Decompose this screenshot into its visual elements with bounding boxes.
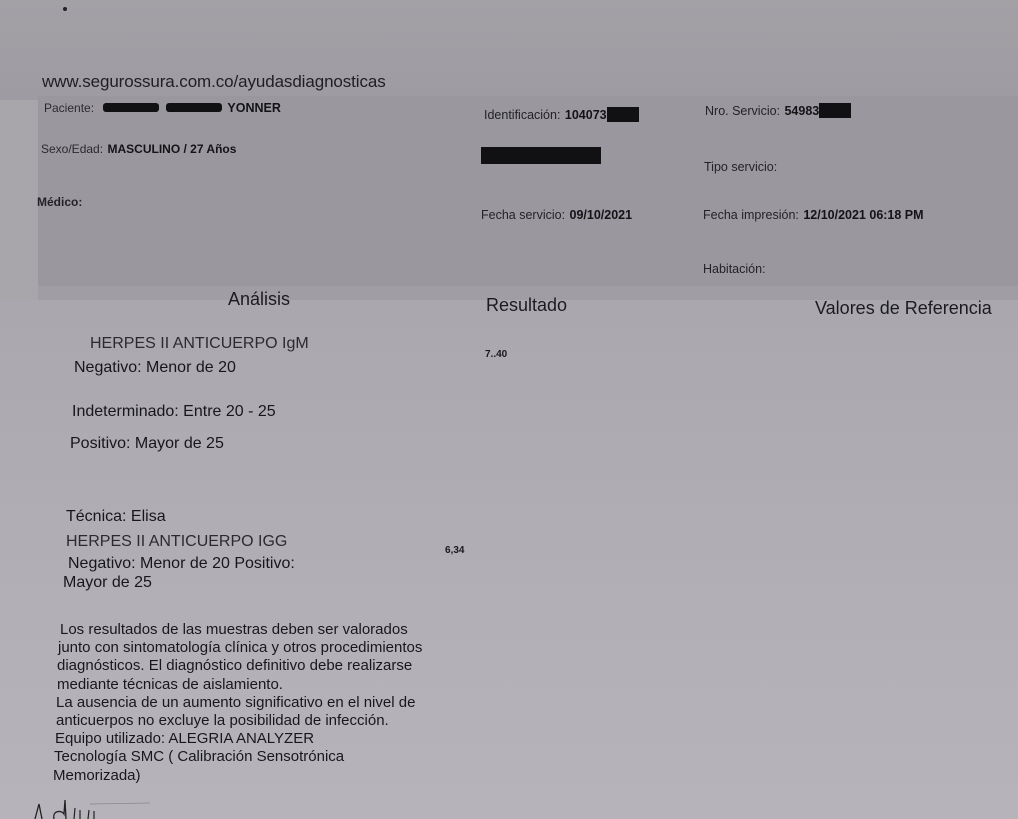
test-name-igg: HERPES II ANTICUERPO IGG	[66, 533, 287, 551]
identification-field: Identificación: 104073	[484, 106, 639, 124]
patient-field: Paciente: YONNER	[44, 99, 281, 117]
note-line: La ausencia de un aumento significativo …	[56, 694, 474, 712]
service-date-value: 09/10/2021	[570, 208, 633, 222]
doctor-label: Médico:	[37, 195, 82, 209]
test-result-igm: 7..40	[485, 349, 507, 360]
service-date-field: Fecha servicio: 09/10/2021	[481, 206, 632, 224]
service-number-redaction	[819, 103, 851, 118]
room-label: Habitación:	[703, 262, 766, 276]
identification-redaction	[607, 107, 639, 122]
service-date-label: Fecha servicio:	[481, 208, 565, 222]
print-date-label: Fecha impresión:	[703, 208, 799, 222]
sex-age-label: Sexo/Edad:	[41, 142, 103, 156]
patient-name-redaction	[103, 103, 159, 112]
service-number-value: 54983	[784, 104, 819, 118]
note-line: Memorizada)	[53, 767, 474, 785]
column-header-analysis: Análisis	[228, 289, 290, 310]
note-line: Los resultados de las muestras deben ser…	[60, 621, 474, 639]
redacted-field	[481, 147, 601, 165]
field-redaction	[481, 147, 601, 164]
print-date-value: 12/10/2021 06:18 PM	[803, 208, 923, 222]
patient-name-redaction	[166, 103, 222, 112]
service-type-label: Tipo servicio:	[704, 160, 777, 174]
identification-label: Identificación:	[484, 108, 560, 122]
website-url: www.segurossura.com.co/ayudasdiagnostica…	[42, 72, 386, 92]
sex-age-field: Sexo/Edad: MASCULINO / 27 Años	[41, 140, 236, 158]
sex-age-value: MASCULINO / 27 Años	[108, 142, 237, 156]
technique-text: Técnica: Elisa	[66, 508, 166, 526]
reference-line: Indeterminado: Entre 20 - 25	[72, 403, 276, 421]
note-line: Tecnología SMC ( Calibración Sensotrónic…	[54, 748, 474, 766]
notes-block: Los resultados de las muestras deben ser…	[54, 621, 474, 785]
reference-line: Negativo: Menor de 20	[74, 359, 236, 377]
column-header-result: Resultado	[486, 295, 567, 316]
identification-value: 104073	[565, 108, 607, 122]
note-line: Equipo utilizado: ALEGRIA ANALYZER	[55, 730, 474, 748]
note-line: mediante técnicas de aislamiento.	[57, 676, 474, 694]
signature-mark	[30, 800, 150, 819]
service-number-label: Nro. Servicio:	[705, 104, 780, 118]
reference-line: Positivo: Mayor de 25	[70, 435, 224, 453]
test-result-igg: 6,34	[445, 545, 464, 556]
note-line: anticuerpos no excluye la posibilidad de…	[56, 712, 474, 730]
note-line: junto con sintomatología clínica y otros…	[58, 639, 474, 657]
paper-speck	[63, 7, 67, 11]
column-header-reference: Valores de Referencia	[815, 298, 992, 319]
note-line: diagnósticos. El diagnóstico definitivo …	[57, 657, 474, 675]
print-date-field: Fecha impresión: 12/10/2021 06:18 PM	[703, 206, 924, 224]
reference-line: Negativo: Menor de 20 Positivo:	[68, 555, 295, 573]
patient-name: YONNER	[227, 101, 280, 115]
test-name-igm: HERPES II ANTICUERPO IgM	[90, 335, 309, 353]
reference-line: Mayor de 25	[63, 574, 152, 592]
service-number-field: Nro. Servicio: 54983	[705, 102, 851, 120]
patient-label: Paciente:	[44, 101, 94, 115]
